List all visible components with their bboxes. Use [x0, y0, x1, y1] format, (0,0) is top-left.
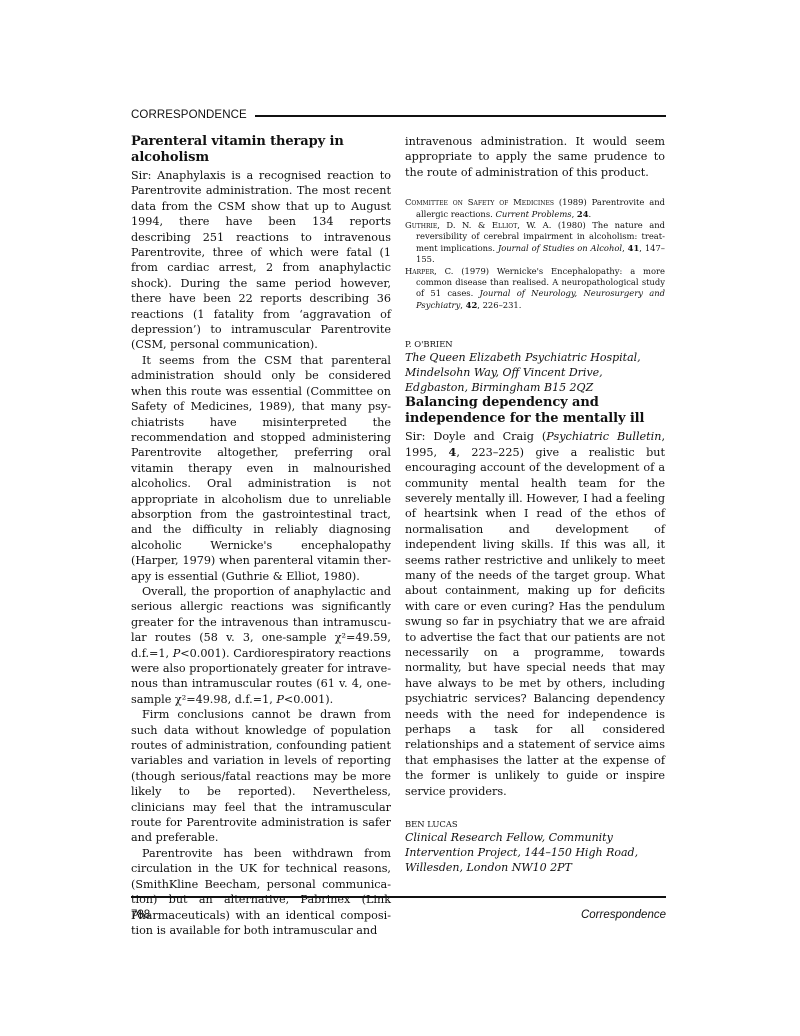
reference-item: Harper, C. (1979) Wernicke's Encephalopa…: [405, 266, 665, 312]
letter2-paragraph: Sir: Doyle and Craig (Psychiatric Bullet…: [405, 429, 665, 799]
letter1-paragraph-4: Firm conclusions cannot be drawn from su…: [131, 707, 391, 846]
letter2-title: Balancing dependency and independence fo…: [405, 395, 665, 426]
letter2-signature: Ben Lucas Clinical Research Fellow, Comm…: [405, 819, 665, 875]
letter1-title: Parenteral vitamin therapy in alcoholism: [131, 134, 391, 165]
header-rule: [255, 115, 666, 117]
letter1-author: P. O'Brien: [405, 339, 665, 350]
letter1-signature: P. O'Brien The Queen Elizabeth Psychiatr…: [405, 339, 665, 395]
running-head-label: CORRESPONDENCE: [131, 109, 255, 121]
letter2-author: Ben Lucas: [405, 819, 665, 830]
reference-item: Committee on Safety of Medicines (1989) …: [405, 197, 665, 220]
running-head: CORRESPONDENCE: [131, 107, 666, 123]
reference-item: Guthrie, D. N. & Elliot, W. A. (1980) Th…: [405, 220, 665, 266]
letter1-paragraph-3: Overall, the proportion of anaphylactic …: [131, 584, 391, 707]
letter1-affiliation: The Queen Elizabeth Psychiatric Hospital…: [405, 350, 665, 395]
letter2-affiliation: Clinical Research Fellow, Community Inte…: [405, 830, 665, 875]
right-column: intravenous administration. It would see…: [405, 134, 665, 875]
footer-section-title: Correspondence: [581, 909, 666, 921]
letter1-paragraph-1: Sir: Anaphylaxis is a recognised reactio…: [131, 168, 391, 353]
left-column: Parenteral vitamin therapy in alcoholism…: [131, 134, 391, 938]
letter1-paragraph-5: Parentrovite has been withdrawn from cir…: [131, 846, 391, 938]
footer-rule: [131, 896, 666, 898]
page-number: 788: [131, 909, 150, 921]
letter1-paragraph-5-continued: intravenous administration. It would see…: [405, 134, 665, 180]
references-list: Committee on Safety of Medicines (1989) …: [405, 197, 665, 311]
letter1-paragraph-2: It seems from the CSM that parenteral ad…: [131, 353, 391, 584]
journal-page: CORRESPONDENCE Parenteral vitamin therap…: [0, 0, 800, 1036]
